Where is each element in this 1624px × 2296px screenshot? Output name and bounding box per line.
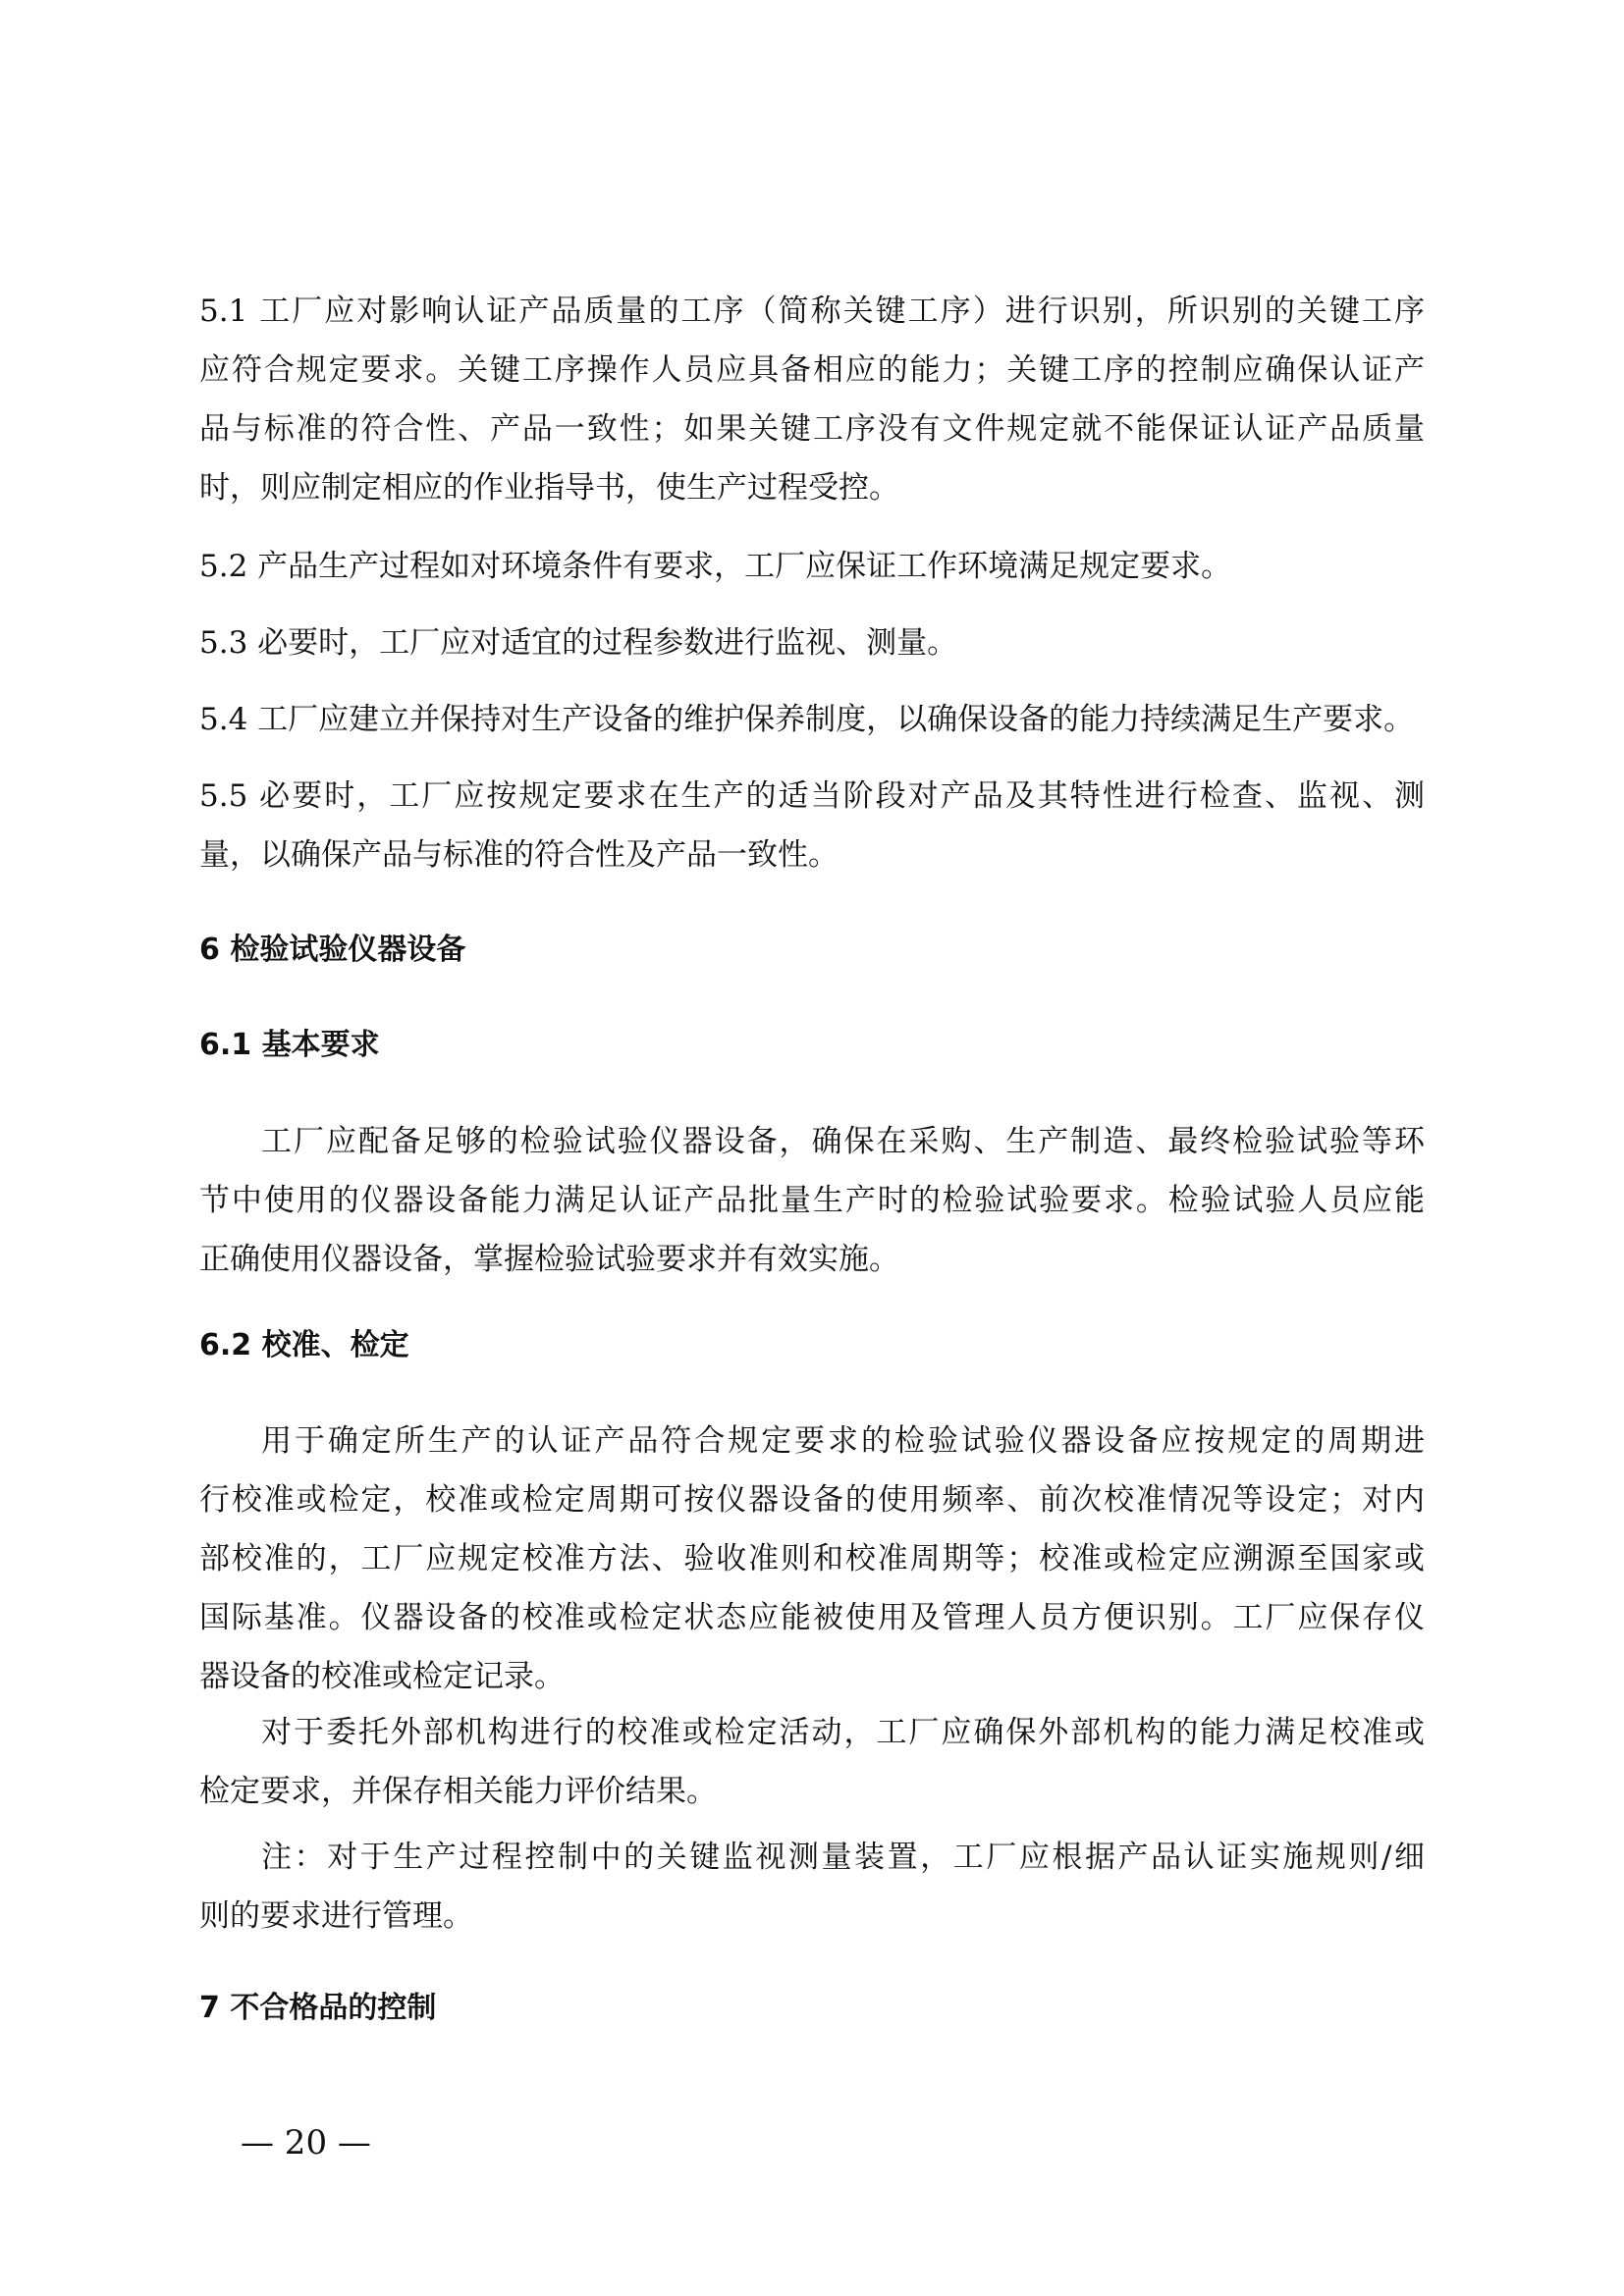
paragraph-6-2b-line-1: 对于委托外部机构进行的校准或检定活动，工厂应确保外部机构的能力满足校准或 [261,1711,1425,1754]
paragraph-5-5-line-1: 5.5 必要时，工厂应按规定要求在生产的适当阶段对产品及其特性进行检查、监视、测 [199,774,1425,818]
paragraph-6-2a-line-3: 部校准的，工厂应规定校准方法、验收准则和校准周期等；校准或检定应溯源至国家或 [199,1537,1425,1580]
document-page: 5.1 工厂应对影响认证产品质量的工序（简称关键工序）进行识别，所识别的关键工序… [0,0,1624,2296]
paragraph-5-1-line-1: 5.1 工厂应对影响认证产品质量的工序（简称关键工序）进行识别，所识别的关键工序 [199,290,1425,333]
section-heading-6: 6 检验试验仪器设备 [199,929,465,972]
page-number: — 20 — [241,2121,371,2164]
paragraph-6-2a-line-2: 行校准或检定，校准或检定周期可按仪器设备的使用频率、前次校准情况等设定；对内 [199,1478,1425,1522]
paragraph-5-1-line-2: 应符合规定要求。关键工序操作人员应具备相应的能力；关键工序的控制应确保认证产 [199,348,1425,392]
paragraph-5-2: 5.2 产品生产过程如对环境条件有要求，工厂应保证工作环境满足规定要求。 [199,545,1425,588]
paragraph-6-2a-line-1: 用于确定所生产的认证产品符合规定要求的检验试验仪器设备应按规定的周期进 [261,1419,1425,1463]
paragraph-6-1-line-1: 工厂应配备足够的检验试验仪器设备，确保在采购、生产制造、最终检验试验等环 [261,1120,1425,1163]
paragraph-5-4: 5.4 工厂应建立并保持对生产设备的维护保养制度，以确保设备的能力持续满足生产要… [199,698,1425,741]
section-heading-6-1: 6.1 基本要求 [199,1024,380,1067]
section-heading-7: 7 不合格品的控制 [199,1987,436,2030]
note-line-1: 注：对于生产过程控制中的关键监视测量装置，工厂应根据产品认证实施规则/细 [261,1836,1425,1879]
paragraph-6-2a-line-4: 国际基准。仪器设备的校准或检定状态应能被使用及管理人员方便识别。工厂应保存仪 [199,1596,1425,1639]
paragraph-6-1-line-2: 节中使用的仪器设备能力满足认证产品批量生产时的检验试验要求。检验试验人员应能 [199,1179,1425,1222]
section-heading-6-2: 6.2 校准、检定 [199,1324,409,1367]
paragraph-5-1-line-3: 品与标准的符合性、产品一致性；如果关键工序没有文件规定就不能保证认证产品质量 [199,407,1425,451]
paragraph-5-5-line-2: 量，以确保产品与标准的符合性及产品一致性。 [199,833,1425,877]
paragraph-5-3: 5.3 必要时，工厂应对适宜的过程参数进行监视、测量。 [199,621,1425,665]
paragraph-6-2b-line-2: 检定要求，并保存相关能力评价结果。 [199,1770,1425,1813]
paragraph-6-1-line-3: 正确使用仪器设备，掌握检验试验要求并有效实施。 [199,1238,1425,1281]
note-line-2: 则的要求进行管理。 [199,1895,1425,1938]
paragraph-6-2a-line-5: 器设备的校准或检定记录。 [199,1655,1425,1698]
paragraph-5-1-line-4: 时，则应制定相应的作业指导书，使生产过程受控。 [199,466,1425,509]
